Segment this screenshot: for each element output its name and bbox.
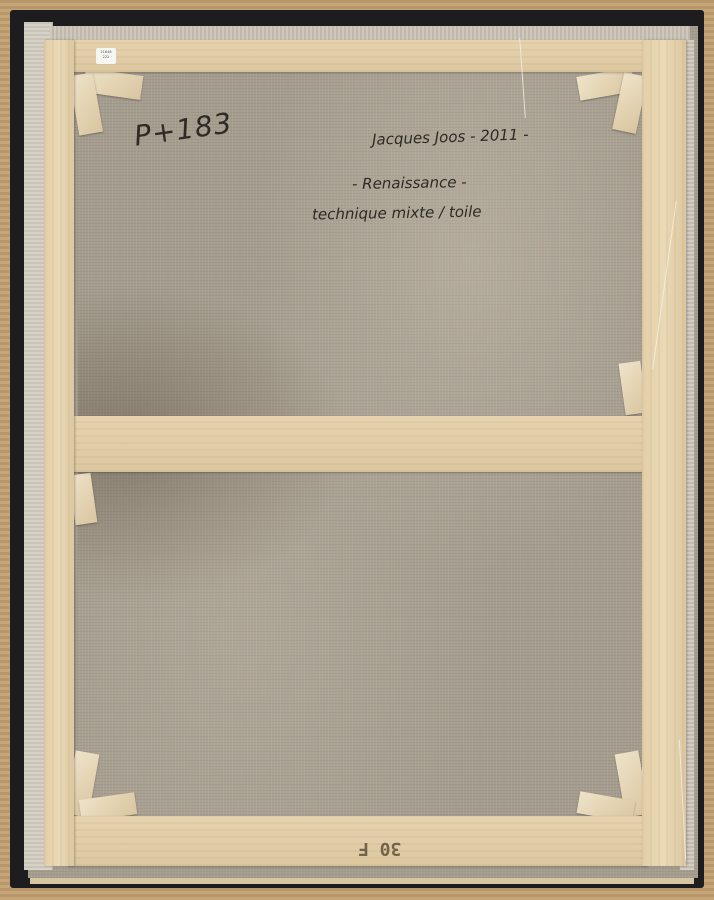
sticker-line-2: 222 — [96, 55, 116, 60]
stretcher-crossbar — [72, 416, 646, 472]
technique-note: technique mixte / toile — [312, 203, 482, 224]
stretcher-bar-left — [44, 40, 74, 866]
stretcher-bar-top — [72, 40, 642, 72]
artwork-title: - Renaissance - — [352, 173, 467, 193]
stretcher-size-stamp: 30 F — [358, 838, 401, 859]
canvas-back-photo: 21648 222 P+183 Jacques Joos - 2011 - - … — [0, 0, 714, 900]
inventory-sticker: 21648 222 — [96, 48, 116, 64]
